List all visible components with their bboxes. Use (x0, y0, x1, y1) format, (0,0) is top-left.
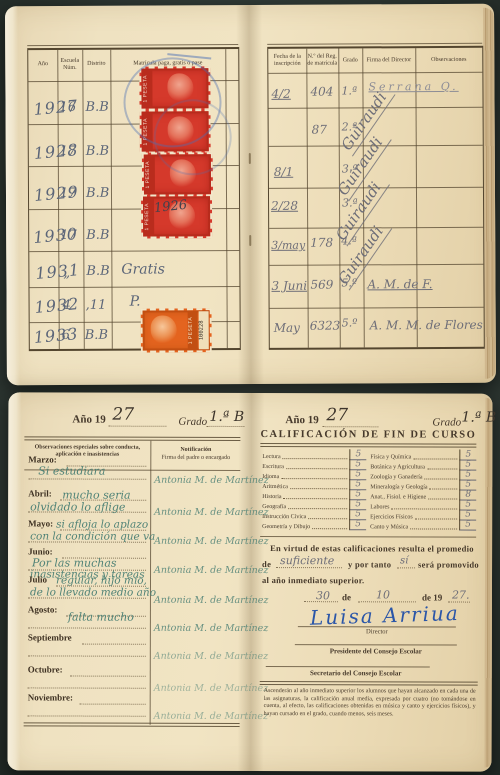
double-rule (24, 436, 240, 441)
conducta-year-value: 27 (112, 405, 134, 425)
subject-grade: 5 (349, 519, 366, 530)
month-label: Marzo: (28, 454, 57, 464)
entry-line (28, 627, 146, 628)
promo-line3: al año inmediato superior. (262, 575, 364, 585)
school-entry: 4 (63, 298, 71, 313)
month-label: Mayo: (28, 518, 53, 528)
dotted-leader (428, 497, 457, 499)
page-edge-left (5, 6, 20, 385)
subject-name: Labores (370, 504, 389, 510)
column-header-grado: Grado (338, 57, 362, 64)
postmark-circle-icon (154, 99, 232, 175)
fill-line (322, 426, 378, 427)
entry-line (28, 478, 146, 479)
parent-signature: Antonia M. de Martínez (154, 536, 268, 547)
calificacion-year-label: Año 19 (285, 414, 318, 426)
subject-name: Lectura (262, 454, 280, 460)
subject-name: Geometría y Dibujo (262, 524, 310, 530)
dotted-leader (286, 467, 347, 469)
dotted-leader (290, 487, 347, 489)
page-stack-edge-right (485, 398, 493, 768)
double-rule (260, 443, 476, 448)
director-signature: A. M. de F. (367, 277, 432, 291)
month-label: Octubre: (28, 664, 63, 674)
promo-average-value: suficiente (280, 554, 334, 567)
conducta-grade-label: Grado (178, 416, 207, 428)
inscripcion-grade: 5.º (342, 316, 358, 329)
calificacion-grade-value: 1.ª B (461, 410, 496, 426)
dotted-leader (413, 457, 457, 459)
page-edge-left (8, 392, 22, 770)
inscripcion-date: 3 Juni (271, 279, 307, 293)
binding-stitch (249, 235, 251, 246)
column-header-firma: Firma del Director (362, 57, 415, 64)
note-entry: P. (130, 294, 141, 310)
parent-signature: Antonia M. de Martínez (154, 475, 268, 486)
district-entry: B.B (86, 186, 109, 201)
grid-line (225, 49, 228, 348)
signature-line (266, 666, 430, 667)
inscripcion-reg: 6323 (310, 319, 341, 333)
revenue-stamp-orange: 1 PESETA 100228 (141, 308, 212, 352)
parent-signature: Antonia M. de Martínez (154, 683, 268, 694)
inscripcion-table: Fecha de la inscripción N.º del Reg. de … (267, 46, 485, 350)
month-label: Abril: (28, 488, 52, 498)
district-entry: B.B (86, 228, 109, 243)
entry-line (28, 715, 146, 716)
grid-line (269, 264, 483, 266)
grid-line (267, 43, 482, 45)
grid-line (150, 441, 152, 725)
subject-grade: 5 (459, 520, 476, 531)
subject-name: Aritmética (262, 484, 288, 490)
district-entry: B.B (86, 100, 109, 115)
dotted-leader (392, 507, 458, 509)
entry-line (28, 655, 146, 656)
inscripcion-reg: 569 (310, 278, 333, 292)
presidente-label: Presidente del Consejo Escolar (295, 647, 457, 655)
subjects-column-right: Física y Química5 Botánica y Agricultura… (370, 450, 476, 530)
conduct-note: si afloja lo aplazo (56, 518, 148, 530)
month-label: Agosto: (28, 604, 58, 614)
fill-line (276, 567, 342, 568)
parent-signature: Antonia M. de Martínez (154, 507, 268, 518)
inscripcion-reg: 178 (310, 236, 333, 250)
month-label: Septiembre (28, 632, 72, 642)
entry-line (28, 687, 146, 688)
inscripcion-date: 2/28 (271, 199, 298, 213)
subject-name: Zoología y Ganadería (370, 474, 422, 480)
date-month: 10 (376, 588, 390, 601)
booklet-spread-top: Año Escuela Núm. Distrito Matrícula paga… (5, 4, 496, 386)
column-header-fecha: Fecha de la inscripción (268, 54, 306, 67)
fill-line (206, 426, 244, 427)
conduct-note: de lo llevado medio año (30, 586, 156, 598)
subject-name: Mineralogía y Geología (370, 484, 427, 490)
inscripcion-reg: 87 (312, 123, 327, 137)
year-entry: 1932 (34, 294, 80, 317)
subject-name: Ejercicios Físicos (370, 514, 413, 520)
subject-name: Anat., Fisiol. e Higiene (370, 494, 426, 500)
dotted-leader (312, 527, 347, 529)
school-entry: 17 (60, 144, 77, 159)
entry-line (82, 644, 146, 645)
parent-signature: Antonia M. de Martínez (154, 711, 268, 722)
double-rule (24, 722, 240, 727)
column-header-ano: Año (28, 61, 57, 68)
subject-row: Canto y Música5 (370, 520, 476, 530)
inscripcion-grade: 1.ª (341, 84, 357, 97)
conduct-note: regular, hijo mío, (56, 574, 147, 586)
conduct-note: Si estudiara (38, 464, 105, 477)
calificacion-title: CALIFICACIÓN DE FIN DE CURSO (260, 429, 476, 441)
grid-line (82, 50, 85, 349)
dotted-leader (281, 477, 347, 479)
year-entry: 1933 (33, 324, 79, 347)
note-entry: Gratis (121, 261, 165, 277)
grid-line (29, 286, 239, 288)
subjects-column-left: Lectura5 Escritura5 Idioma5 Aritmética5 … (262, 450, 366, 530)
binding-stitch (249, 153, 251, 164)
grid-line (110, 50, 113, 349)
page-stack-edge-right (483, 8, 496, 379)
calificacion-year-value: 27 (326, 405, 348, 425)
month-label: Julio (28, 574, 47, 584)
subject-row: Geometría y Dibujo5 (262, 520, 366, 530)
dotted-leader (415, 517, 458, 519)
calificacion-grade-label: Grado (432, 416, 461, 428)
dotted-leader (284, 497, 348, 499)
firma-padre-header: Firma del padre o encargado (153, 455, 238, 462)
parent-signature: Antonia M. de Martínez (154, 651, 268, 662)
parent-signature: Antonia M. de Martínez (154, 623, 268, 634)
stamp-value-label: 1 PESETA (145, 156, 155, 194)
grid-line (29, 250, 239, 252)
parent-signature: Antonia M. de Martínez (154, 565, 268, 576)
promo-mid: y por tanto (348, 559, 391, 569)
fill-line (108, 426, 166, 427)
inscripcion-date: 8/1 (274, 165, 293, 179)
dotted-leader (410, 527, 457, 529)
date-year: 27. (452, 589, 470, 602)
double-rule (260, 681, 478, 686)
subject-name: Geografía (262, 504, 286, 510)
director-signature-large: A. M. M. de Flores (370, 318, 483, 333)
dotted-leader (425, 477, 458, 479)
column-header-registro: N.º del Reg. de matrícula (306, 54, 338, 67)
stamp-value-label: 1 PESETA (188, 311, 198, 349)
inscripcion-date: May (274, 321, 300, 335)
column-header-distrito: Distrito (82, 61, 110, 68)
dotted-leader (288, 507, 347, 509)
promo-end: será promovido (418, 559, 479, 569)
grid-line (27, 44, 238, 46)
conduct-note: olvidado lo aflige (30, 500, 125, 513)
school-entry: 17 (60, 186, 77, 201)
month-label: Junio: (28, 546, 53, 556)
secretario-label: Secretario del Consejo Escolar (266, 669, 446, 677)
school-entry: „ (63, 266, 70, 281)
school-entry: 6 (62, 328, 70, 343)
year-entry: 1931 (35, 260, 81, 283)
dotted-leader (427, 467, 457, 469)
promo-si-value: sí (400, 555, 408, 566)
grid-line (260, 536, 476, 538)
subject-name: Historia (262, 494, 281, 500)
month-label: Noviembre: (28, 692, 73, 702)
promo-line1: En virtud de estas calificaciones result… (270, 543, 476, 554)
conducta-grade-value: 1.ª B (209, 409, 244, 425)
grid-line (338, 49, 341, 348)
dotted-leader (430, 487, 458, 489)
grid-line (306, 49, 309, 348)
column-header-observaciones: Observaciones (415, 57, 482, 64)
conduct-note: falta mucho (68, 611, 134, 624)
subject-name: Instrucción Cívica (262, 514, 306, 520)
subject-name: Canto y Música (370, 524, 408, 530)
director-label: Director (298, 628, 456, 635)
column-header-escuela: Escuela Núm. (57, 58, 82, 71)
dotted-leader (283, 457, 348, 459)
inscripcion-date: 4/2 (271, 87, 290, 101)
promotion-footnote: Ascenderán al año inmediato superior los… (264, 688, 476, 719)
grid-line (270, 307, 484, 309)
inscripcion-reg: 404 (310, 85, 333, 99)
district-entry: ,11 (86, 298, 107, 313)
subject-name: Física y Química (370, 454, 411, 460)
stamp-portrait (151, 315, 177, 343)
dotted-leader (308, 517, 347, 519)
booklet-spread-bottom: Año 19 27 Grado 1.ª B Observaciones espe… (8, 392, 493, 771)
grid-line (268, 72, 482, 74)
inscripcion-date: 3/may (271, 239, 305, 252)
conducta-year-label: Año 19 (72, 414, 105, 426)
school-entry: 17 (60, 228, 77, 243)
fill-line (397, 567, 415, 568)
subject-name: Botánica y Agricultura (370, 464, 425, 470)
district-entry: B.B (85, 328, 108, 343)
school-entry: 16 (60, 100, 77, 115)
promo-de: de (262, 559, 271, 569)
entry-line (70, 676, 146, 677)
district-entry: B.B (86, 144, 109, 159)
district-entry: B.B (86, 264, 109, 279)
fill-line (304, 601, 338, 602)
date-de: de (342, 592, 351, 602)
conduct-note: con la condición que va (30, 530, 155, 542)
subject-name: Idioma (262, 474, 279, 480)
notificacion-header: Notificación (153, 447, 238, 454)
entry-line (80, 704, 146, 705)
signature-line (295, 644, 457, 645)
parent-signature: Antonia M. de Martínez (154, 595, 268, 606)
subject-name: Escritura (262, 464, 284, 470)
stamp-serial-number: 100228 (199, 311, 209, 349)
